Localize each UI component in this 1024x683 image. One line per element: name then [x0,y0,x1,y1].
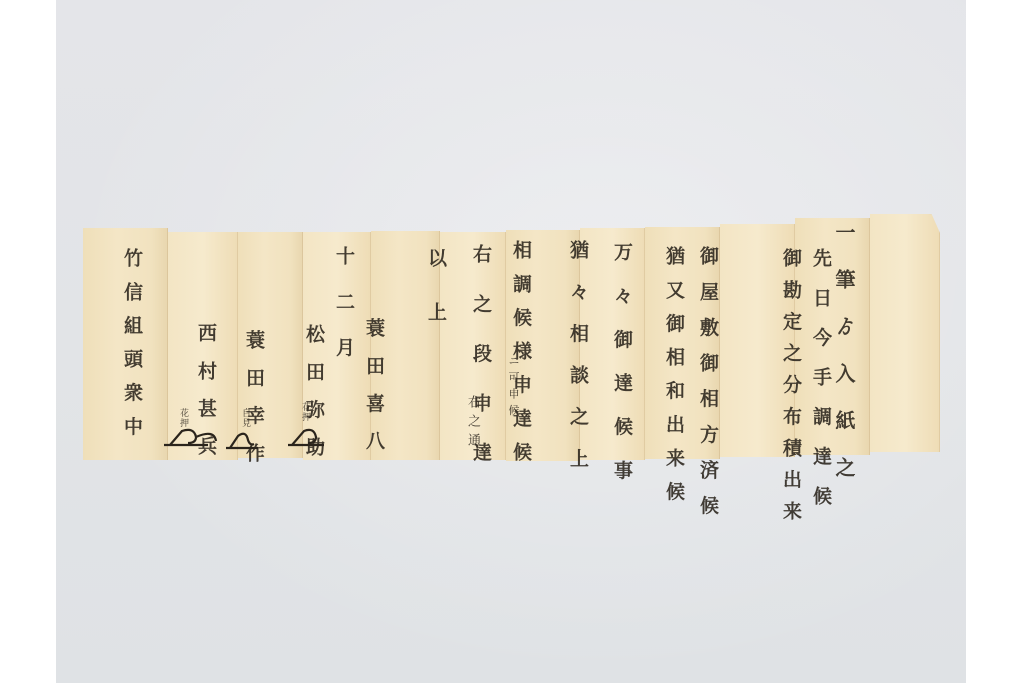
paper-panel [870,214,940,452]
addressee: 竹 信 組 頭 衆 中 [122,248,141,378]
text-column: 万 々 御 達 候 事 [612,242,631,432]
text-column: 以 上 [426,248,445,428]
text-column-opening: 一 筆 ゟ 入 紙 之 [834,222,854,432]
side-note: ニ 可 申 候 [508,355,519,415]
date-column: 十 二 月 [334,246,353,356]
text-column: 先 日 今 手 調 達 候 [811,248,830,438]
text-column-note: 右 之 通 [466,395,479,435]
text-column: 猶 又 御 相 和 出 来 候 [664,246,683,436]
photo-background: 一 筆 ゟ 入 紙 之 先 日 今 手 調 達 候 御 勘 定 之 分 布 積 … [56,0,966,683]
text-column: 猶 々 相 談 之 上 [568,240,587,440]
kao-seal-icon [162,423,202,445]
signature: 西 村 甚 兵 [196,323,215,433]
kao-seal-icon [224,428,264,450]
text-column: 御 屋 敷 御 相 方 済 候 [698,246,717,436]
kao-seal-icon [286,425,326,447]
folded-document: 一 筆 ゟ 入 紙 之 先 日 今 手 調 達 候 御 勘 定 之 分 布 積 … [56,0,966,683]
text-column: 御 勘 定 之 分 布 積 出 来 [781,248,800,438]
signature: 蓑 田 喜 八 [364,318,383,428]
